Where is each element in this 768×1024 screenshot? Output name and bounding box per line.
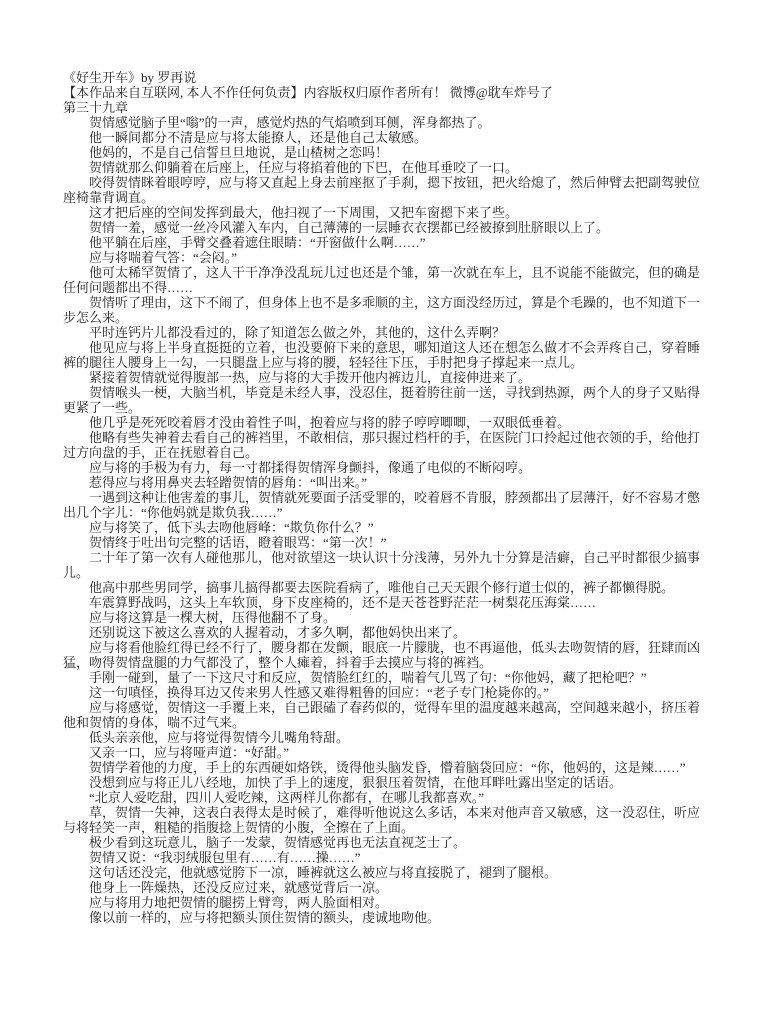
paragraph: 他可太稀罕贺情了，这人干干净净没乱玩儿过也还是个雏，第一次就在车上，且不说能不能…: [63, 265, 709, 295]
paragraph: 这句话还没完，他就感觉胯下一凉，睡裤就这么被应与将直接脱了，褪到了腿根。: [63, 865, 709, 880]
paragraph: 应与将喘着气答：“会闷。”: [63, 250, 709, 265]
paragraph: 他见应与将上半身直挺挺的立着，也没要俯下来的意思，哪知道这人还在想怎么做才不会弄…: [63, 340, 709, 370]
paragraph: 贺情就那么仰躺着在后座上，任应与将掐着他的下巴，在他耳垂咬了一口。: [63, 160, 709, 175]
paragraph: 应与将感觉，贺情这一手覆上来，自己跟磕了春药似的，觉得车里的温度越来越高，空间越…: [63, 700, 709, 730]
paragraph: 他一瞬间都分不清是应与将太能撩人，还是他自己太敏感。: [63, 130, 709, 145]
paragraph: 没想到应与将正儿八经地，加快了手上的速度，狠狠压着贺情，在他耳畔吐露出坚定的话语…: [63, 775, 709, 790]
paragraph: 他高中那些男同学，搞事儿搞得都要去医院看病了，唯他自己天天跟个修行道士似的，裤子…: [63, 580, 709, 595]
paragraph: 咬得贺情眯着眼哼哼，应与将又直起上身去前座抠了手刹，摁下按钮，把火给熄了，然后伸…: [63, 175, 709, 205]
paragraph: 贺情喉头一梗，大脑当机，毕竟是未经人事，没忍住，挺着胯往前一送，寻找到热源，两个…: [63, 385, 709, 415]
paragraph: 贺情感觉脑子里“嗡”的一声，感觉灼热的气焰喷到耳侧，浑身都热了。: [63, 115, 709, 130]
document-body: 贺情感觉脑子里“嗡”的一声，感觉灼热的气焰喷到耳侧，浑身都热了。他一瞬间都分不清…: [63, 115, 709, 925]
paragraph: 他略有些失神着去看自己的裤裆里，不敢相信，那只握过档杆的手，在医院门口拎起过他衣…: [63, 430, 709, 460]
paragraph: 他平躺在后座，手臂交叠着遮住眼睛：“开窗做什么啊……”: [63, 235, 709, 250]
paragraph: “北京人爱吃甜，四川人爱吃辣，这两样儿你都有，在哪儿我都喜欢。”: [63, 790, 709, 805]
paragraph: 二十年了第一次有人碰他那儿，他对欲望这一块认识十分浅薄，另外九十分算是洁癖，自己…: [63, 550, 709, 580]
paragraph: 贺情又说：“我羽绒服包里有……有……操……”: [63, 850, 709, 865]
paragraph: 贺情一羞，感觉一丝冷风灌入车内，自己薄薄的一层睡衣衣摆都已经被撩到肚脐眼以上了。: [63, 220, 709, 235]
paragraph: 应与将的手极为有力，每一寸都揉得贺情浑身颤抖，像通了电似的不断闷哼。: [63, 460, 709, 475]
page-background: { "page": { "background_color": "#ffffff…: [0, 0, 768, 1024]
paragraph: 手刚一碰到，量了一下这尺寸和反应，贺情脸红红的，喘着气儿骂了句：“你他妈，藏了把…: [63, 670, 709, 685]
paragraph: 惹得应与将用鼻夹去轻蹭贺情的唇角：“叫出来。”: [63, 475, 709, 490]
paragraph: 低头亲亲他，应与将觉得贺情今儿嘴角特甜。: [63, 730, 709, 745]
paragraph: 又亲一口，应与将哑声道：“好甜。”: [63, 745, 709, 760]
paragraph: 极少看到这玩意儿，脑子一发蒙，贺情感觉再也无法直视芝士了。: [63, 835, 709, 850]
paragraph: 他几乎是死死咬着唇才没由着性子叫，抱着应与将的脖子哼哼唧唧，一双眼低垂着。: [63, 415, 709, 430]
paragraph: 他妈的，不是自己信誓旦旦地说，是山楂树之恋吗！: [63, 145, 709, 160]
paragraph: 像以前一样的，应与将把额头顶住贺情的额头，虔诚地吻他。: [63, 910, 709, 925]
paragraph: 平时连钙片儿都没看过的，除了知道怎么做之外，其他的，这什么弄啊？: [63, 325, 709, 340]
paragraph: 贺情终于吐出句完整的话语，瞪着眼骂：“第一次！”: [63, 535, 709, 550]
paragraph: 一遇到这种让他害羞的事儿，贺情就死要面子活受罪的，咬着唇不肯服，脖颈都出了层薄汗…: [63, 490, 709, 520]
paragraph: 紧接着贺情就觉得腹部一热，应与将的大手拨开他内裤边儿，直接伸进来了。: [63, 370, 709, 385]
paragraph: 应与将用力地把贺情的腿捞上臂弯，两人脸面相对。: [63, 895, 709, 910]
chapter-heading: 第三十九章: [63, 100, 709, 115]
document-page: 《好生开车》by 罗再说 【本作品来自互联网, 本人不作任何负责】内容版权归原作…: [63, 70, 709, 925]
document-title: 《好生开车》by 罗再说: [63, 70, 709, 85]
paragraph: 贺情听了理由，这下不闹了，但身体上也不是多乖顺的主，这方面没经历过，算是个毛躁的…: [63, 295, 709, 325]
paragraph: 草，贺情一失神，这表白表得太是时候了，难得听他说这么多话，本来对他声音又敏感，这…: [63, 805, 709, 835]
paragraph: 他身上一阵燥热，还没反应过来，就感觉背后一凉。: [63, 880, 709, 895]
paragraph: 这一句嗔怪，换得耳边又传来男人性感又难得粗鲁的回应：“老子专门枪毙你的。”: [63, 685, 709, 700]
paragraph: 还别说这下被这么喜欢的人握着动，才多久啊，都他妈快出来了。: [63, 625, 709, 640]
document-disclaimer: 【本作品来自互联网, 本人不作任何负责】内容版权归原作者所有！ 微博@耽车炸号了: [63, 85, 709, 100]
paragraph: 应与将笑了，低下头去吻他唇峰：“欺负你什么？”: [63, 520, 709, 535]
paragraph: 这才把后座的空间发挥到最大，他扫视了一下周围，又把车窗摁下来了些。: [63, 205, 709, 220]
paragraph: 车震算野战吗，这头上车软顶，身下皮座椅的，还不是天苍苍野茫茫一树梨花压海棠……: [63, 595, 709, 610]
paragraph: 应与将看他脸红得已经不行了，腰身都在发颤，眼底一片朦胧，也不再逼他，低头去吻贺情…: [63, 640, 709, 670]
paragraph: 贺情学着他的力度，手上的东西硬如烙铁，烫得他头脑发昏，懵着脑袋回应：“你，他妈的…: [63, 760, 709, 775]
paragraph: 应与将这算是一棵大树，压得他翻不了身。: [63, 610, 709, 625]
